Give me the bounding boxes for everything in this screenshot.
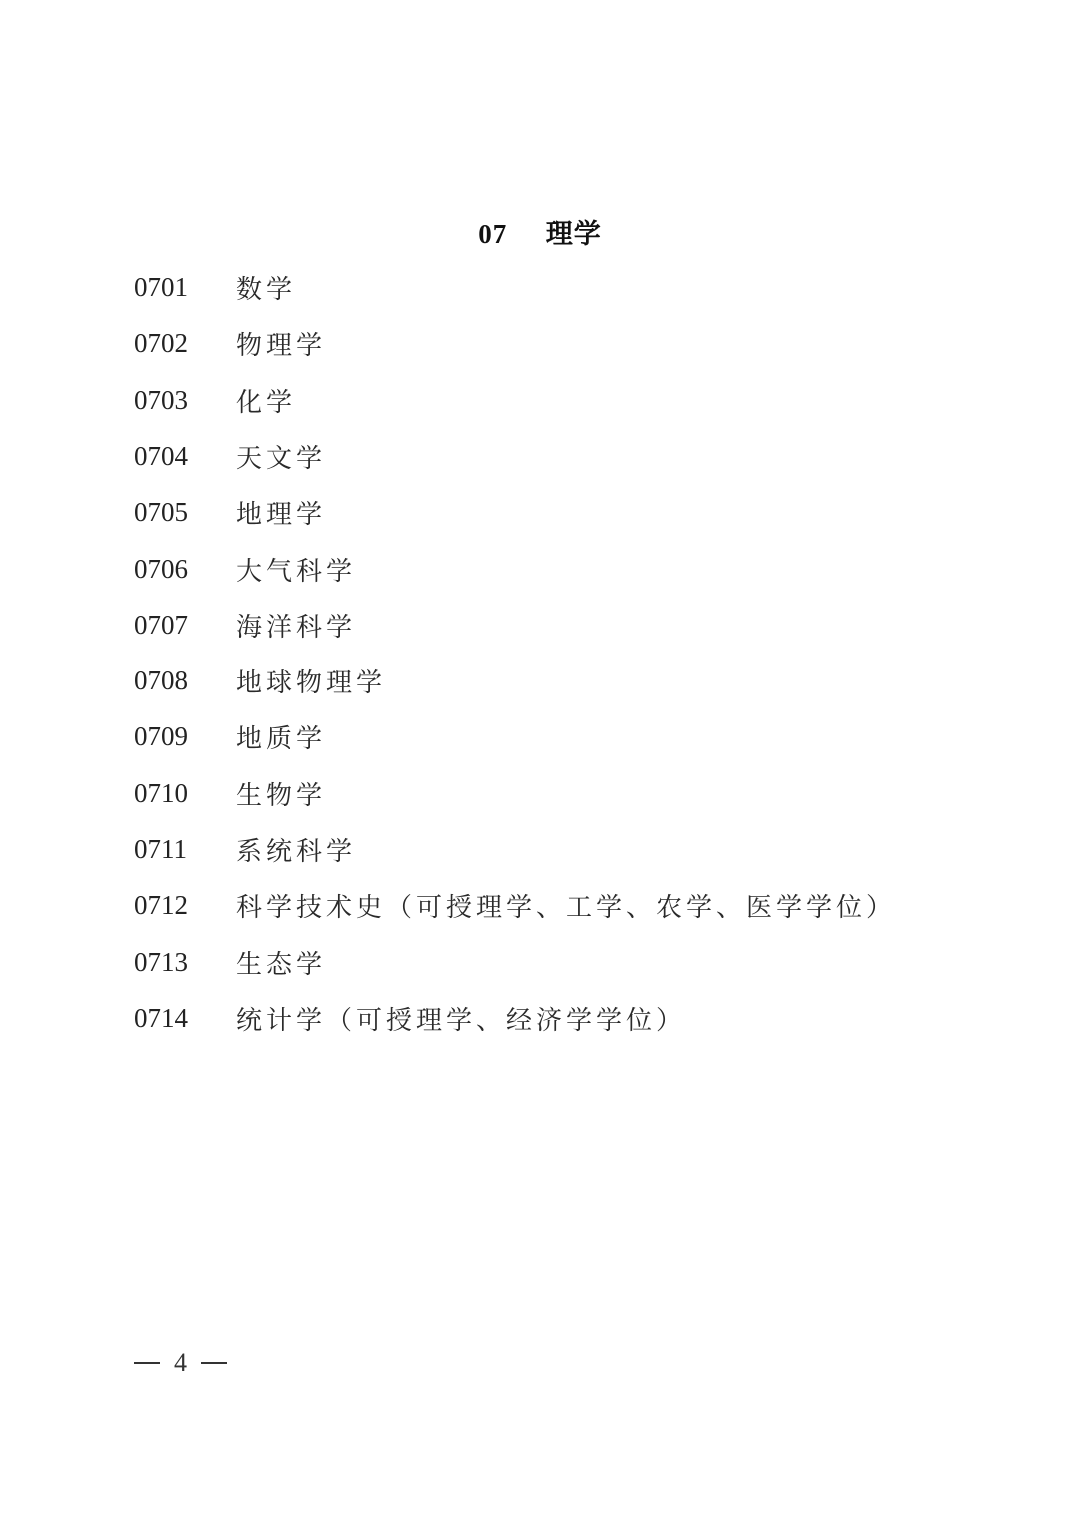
discipline-name: 生态学 xyxy=(236,944,326,981)
list-item: 0712 科学技术史（可授理学、工学、农学、医学学位） xyxy=(134,885,896,925)
section-name: 理学 xyxy=(546,219,602,250)
discipline-code: 0709 xyxy=(134,721,236,752)
list-item: 0710 生物学 xyxy=(134,773,326,813)
discipline-name: 地理学 xyxy=(236,494,326,531)
discipline-name: 物理学 xyxy=(236,325,326,362)
section-title: 07 理学 xyxy=(0,212,1080,251)
list-item: 0707 海洋科学 xyxy=(134,605,356,645)
list-item: 0701 数学 xyxy=(134,267,296,307)
list-item: 0704 天文学 xyxy=(134,436,326,476)
list-item: 0714 统计学（可授理学、经济学学位） xyxy=(134,998,686,1038)
discipline-name: 天文学 xyxy=(236,438,326,475)
discipline-name: 地球物理学 xyxy=(236,662,386,699)
discipline-code: 0707 xyxy=(134,610,236,641)
list-item: 0708 地球物理学 xyxy=(134,660,386,700)
discipline-code: 0701 xyxy=(134,272,236,303)
discipline-code: 0706 xyxy=(134,554,236,585)
discipline-code: 0708 xyxy=(134,665,236,696)
discipline-name: 大气科学 xyxy=(236,551,356,588)
discipline-name: 科学技术史（可授理学、工学、农学、医学学位） xyxy=(236,887,896,924)
discipline-code: 0710 xyxy=(134,778,236,809)
list-item: 0709 地质学 xyxy=(134,716,326,756)
list-item: 0703 化学 xyxy=(134,380,296,420)
page-number-value: 4 xyxy=(174,1348,187,1378)
list-item: 0705 地理学 xyxy=(134,492,326,532)
dash-left xyxy=(134,1362,160,1364)
section-code: 07 xyxy=(478,219,507,249)
discipline-name: 化学 xyxy=(236,382,296,419)
page-number: 4 xyxy=(134,1348,227,1378)
discipline-name: 地质学 xyxy=(236,718,326,755)
discipline-code: 0703 xyxy=(134,385,236,416)
discipline-name: 统计学（可授理学、经济学学位） xyxy=(236,1000,686,1037)
list-item: 0706 大气科学 xyxy=(134,549,356,589)
discipline-code: 0713 xyxy=(134,947,236,978)
dash-right xyxy=(201,1362,227,1364)
list-item: 0711 系统科学 xyxy=(134,829,356,869)
discipline-name: 系统科学 xyxy=(236,831,356,868)
discipline-code: 0712 xyxy=(134,890,236,921)
list-item: 0713 生态学 xyxy=(134,942,326,982)
discipline-code: 0711 xyxy=(134,834,236,865)
discipline-code: 0705 xyxy=(134,497,236,528)
discipline-code: 0702 xyxy=(134,328,236,359)
discipline-name: 生物学 xyxy=(236,775,326,812)
discipline-code: 0704 xyxy=(134,441,236,472)
discipline-name: 海洋科学 xyxy=(236,607,356,644)
discipline-name: 数学 xyxy=(236,269,296,306)
list-item: 0702 物理学 xyxy=(134,323,326,363)
discipline-code: 0714 xyxy=(134,1003,236,1034)
